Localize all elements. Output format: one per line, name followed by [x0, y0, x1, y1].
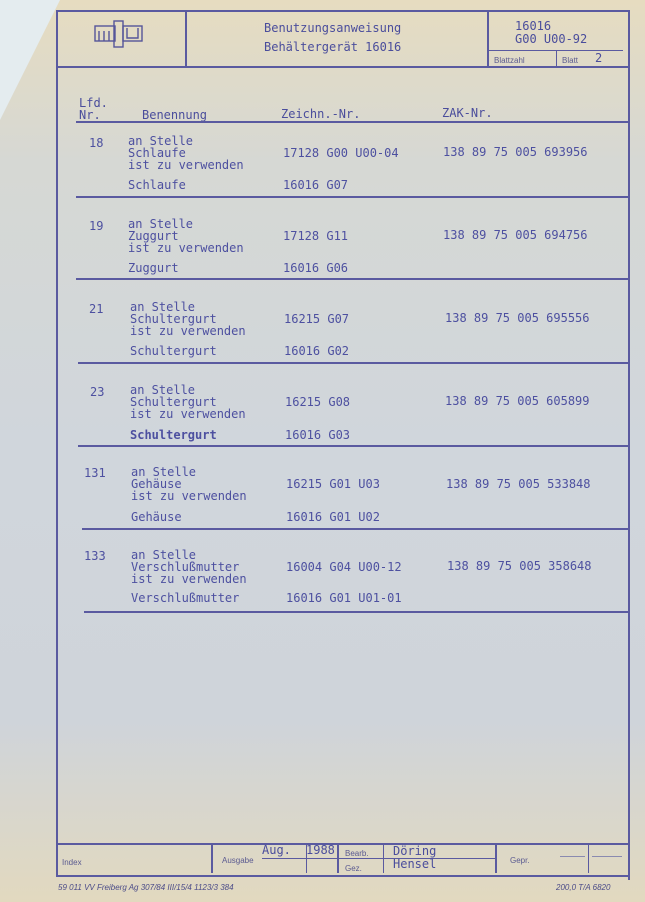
- row-nr: 18: [89, 137, 103, 150]
- header-blatt-divider: [556, 50, 557, 66]
- row-verwenden: ist zu verwenden: [131, 490, 247, 503]
- doc-number-line2: G00 U00-92: [515, 33, 587, 46]
- row-new-zeichn: 16016 G01 U01-01: [286, 592, 402, 605]
- print-note-left: 59 011 VV Freiberg Ag 307/84 III/15/4 11…: [58, 883, 234, 892]
- row-new-zeichn: 16016 G02: [284, 345, 349, 358]
- header-divider-1: [185, 10, 187, 67]
- row-nr: 19: [89, 220, 103, 233]
- row-zak: 138 89 75 005 533848: [446, 478, 591, 491]
- ausgabe-label: Ausgabe: [222, 854, 254, 867]
- row-divider: [76, 196, 628, 198]
- row-zak: 138 89 75 005 693956: [443, 146, 588, 159]
- row-divider: [76, 278, 628, 280]
- row-verwenden: ist zu verwenden: [128, 159, 244, 172]
- doc-title-line2: Behältergerät 16016: [264, 41, 401, 54]
- index-label: Index: [62, 856, 82, 869]
- row-new-zeichn: 16016 G01 U02: [286, 511, 380, 524]
- blatt-label: Blatt: [562, 54, 578, 67]
- row-old-zeichn: 16215 G07: [284, 313, 349, 326]
- row-divider: [78, 445, 630, 447]
- row-verwenden: ist zu verwenden: [130, 408, 246, 421]
- row-verwenden: ist zu verwenden: [128, 242, 244, 255]
- row-divider: [84, 611, 630, 613]
- row-new-name: Schlaufe: [128, 179, 186, 192]
- row-verwenden: ist zu verwenden: [131, 573, 247, 586]
- row-divider: [78, 362, 628, 364]
- row-zak: 138 89 75 005 694756: [443, 229, 588, 242]
- row-new-zeichn: 16016 G03: [285, 429, 350, 442]
- footer-bottom-line: [56, 875, 630, 877]
- row-verwenden: ist zu verwenden: [130, 325, 246, 338]
- gepr-sign-line-1: [560, 856, 585, 857]
- row-new-name: Gehäuse: [131, 511, 182, 524]
- row-old-zeichn: 16215 G08: [285, 396, 350, 409]
- footer-left-border: [56, 843, 58, 877]
- row-new-name: Zuggurt: [128, 262, 179, 275]
- footer-top-line: [56, 843, 630, 845]
- col-zeichn-nr: Zeichn.-Nr.: [281, 108, 360, 121]
- gepr-sign-line-2: [592, 856, 622, 857]
- footer-ausgabe-line: [262, 858, 337, 859]
- mlw-logo-icon: [94, 20, 144, 50]
- column-header-rule: [76, 121, 628, 123]
- header-blatt-line: [487, 50, 623, 51]
- blattzahl-label: Blattzahl: [494, 54, 525, 67]
- ausgabe-month: Aug.: [262, 844, 291, 857]
- row-zak: 138 89 75 005 358648: [447, 560, 592, 573]
- row-new-name: Schultergurt: [130, 429, 217, 442]
- footer-divider-5: [495, 843, 497, 873]
- folded-corner: [0, 0, 60, 120]
- header-divider-2: [487, 10, 489, 67]
- row-zak: 138 89 75 005 695556: [445, 312, 590, 325]
- row-old-zeichn: 16004 G04 U00-12: [286, 561, 402, 574]
- row-old-zeichn: 17128 G00 U00-04: [283, 147, 399, 160]
- frame-left: [56, 10, 58, 845]
- row-nr: 131: [84, 467, 106, 480]
- row-new-name: Schultergurt: [130, 345, 217, 358]
- row-zak: 138 89 75 005 605899: [445, 395, 590, 408]
- row-old-zeichn: 16215 G01 U03: [286, 478, 380, 491]
- header-bottom-line: [56, 66, 630, 68]
- row-nr: 23: [90, 386, 104, 399]
- gez-label: Gez.: [345, 862, 362, 875]
- ausgabe-year: 1988: [306, 844, 335, 857]
- row-old-zeichn: 17128 G11: [283, 230, 348, 243]
- gez-value: Hensel: [393, 858, 436, 871]
- row-new-zeichn: 16016 G07: [283, 179, 348, 192]
- col-zak-nr: ZAK-Nr.: [442, 107, 493, 120]
- footer-divider-1: [211, 843, 213, 873]
- footer-divider-6: [588, 843, 589, 873]
- gepr-label: Gepr.: [510, 854, 530, 867]
- blatt-value: 2: [595, 52, 602, 65]
- row-nr: 21: [89, 303, 103, 316]
- row-nr: 133: [84, 550, 106, 563]
- print-note-right: 200,0 T/A 6820: [556, 883, 610, 892]
- row-new-name: Verschlußmutter: [131, 592, 239, 605]
- doc-title-line1: Benutzungsanweisung: [264, 22, 401, 35]
- bearb-label: Bearb.: [345, 847, 369, 860]
- row-divider: [82, 528, 630, 530]
- frame-top: [56, 10, 630, 12]
- row-new-zeichn: 16016 G06: [283, 262, 348, 275]
